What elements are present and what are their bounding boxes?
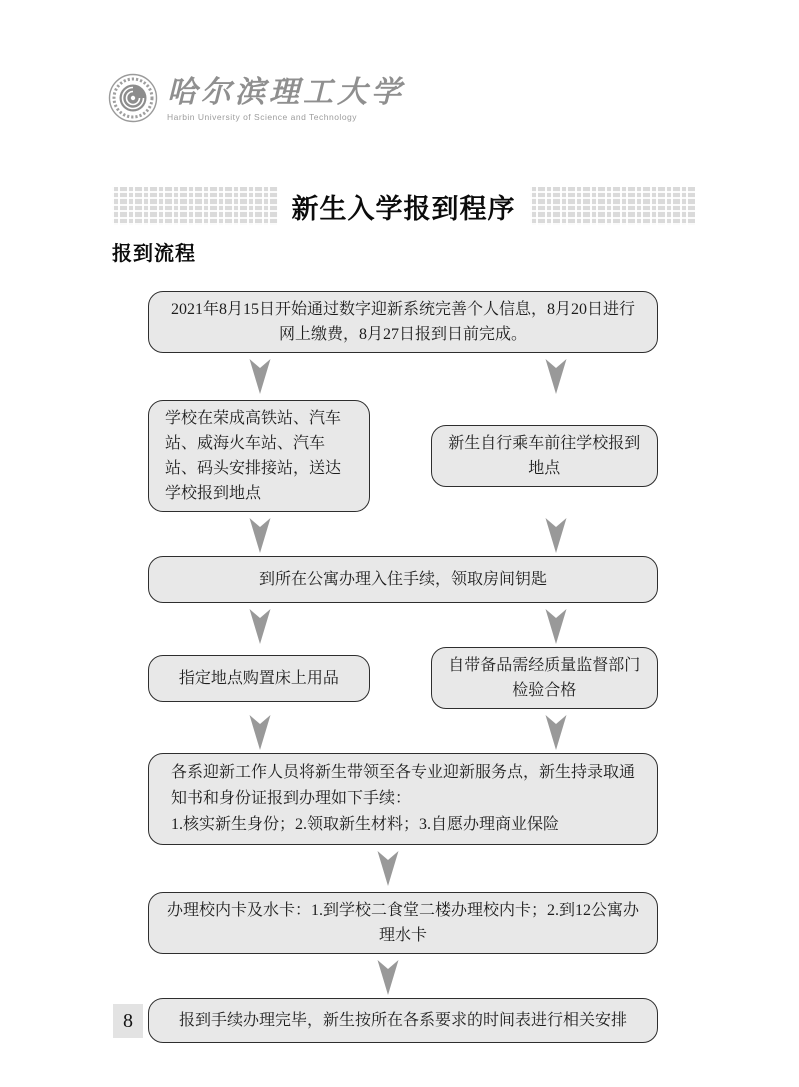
flow-arrow-row-5 — [148, 845, 658, 892]
down-arrow-icon — [376, 959, 399, 996]
flow-row-bedding: 指定地点购置床上用品 自带备品需经质量监督部门检验合格 — [148, 647, 658, 709]
flow-step-dorm-checkin: 到所在公寓办理入住手续，领取房间钥匙 — [148, 556, 658, 603]
down-arrow-icon — [249, 714, 272, 751]
down-arrow-icon — [545, 517, 568, 554]
decorative-band-left — [112, 187, 278, 225]
flow-step-campus-card: 办理校内卡及水卡：1.到学校二食堂二楼办理校内卡；2.到12公寓办理水卡 — [148, 892, 658, 954]
down-arrow-icon — [545, 608, 568, 645]
title-banner: 新生入学报到程序 — [112, 186, 695, 226]
down-arrow-icon — [249, 358, 272, 395]
university-seal-icon — [108, 73, 158, 123]
flow-step-online-registration: 2021年8月15日开始通过数字迎新系统完善个人信息，8月20日进行网上缴费，8… — [148, 291, 658, 353]
down-arrow-icon — [249, 608, 272, 645]
university-name-en: Harbin University of Science and Technol… — [167, 112, 405, 122]
down-arrow-icon — [545, 358, 568, 395]
flow-arrow-row-4 — [148, 709, 658, 753]
down-arrow-icon — [545, 714, 568, 751]
decorative-band-right — [530, 187, 696, 225]
flow-step-quality-inspection: 自带备品需经质量监督部门检验合格 — [431, 647, 658, 709]
flow-step-pickup-stations: 学校在荣成高铁站、汽车站、威海火车站、汽车站、码头安排接站，送达学校报到地点 — [148, 400, 370, 512]
flow-arrow-row-2 — [148, 512, 658, 556]
flow-arrow-row-3 — [148, 603, 658, 647]
flow-arrow-row-1 — [148, 353, 658, 400]
university-name-zh: 哈尔滨理工大学 — [167, 77, 405, 109]
flow-step-schedule: 报到手续办理完毕，新生按所在各系要求的时间表进行相关安排 — [148, 998, 658, 1043]
page-number: 8 — [113, 1004, 143, 1038]
document-page: 哈尔滨理工大学 Harbin University of Science and… — [0, 0, 799, 1087]
flowchart: 2021年8月15日开始通过数字迎新系统完善个人信息，8月20日进行网上缴费，8… — [148, 291, 658, 1043]
flow-step-self-travel: 新生自行乘车前往学校报到地点 — [431, 425, 658, 487]
flow-arrow-row-6 — [148, 954, 658, 998]
down-arrow-icon — [376, 850, 399, 887]
flow-step-department-checkin: 各系迎新工作人员将新生带领至各专业迎新服务点，新生持录取通知书和身份证报到办理如… — [148, 753, 658, 845]
section-heading: 报到流程 — [112, 237, 196, 266]
university-logo: 哈尔滨理工大学 Harbin University of Science and… — [108, 73, 405, 123]
page-title: 新生入学报到程序 — [292, 187, 516, 226]
university-logo-text: 哈尔滨理工大学 Harbin University of Science and… — [167, 73, 405, 122]
flow-row-transport: 学校在荣成高铁站、汽车站、威海火车站、汽车站、码头安排接站，送达学校报到地点 新… — [148, 400, 658, 512]
flow-step-bedding-purchase: 指定地点购置床上用品 — [148, 655, 370, 702]
down-arrow-icon — [249, 517, 272, 554]
